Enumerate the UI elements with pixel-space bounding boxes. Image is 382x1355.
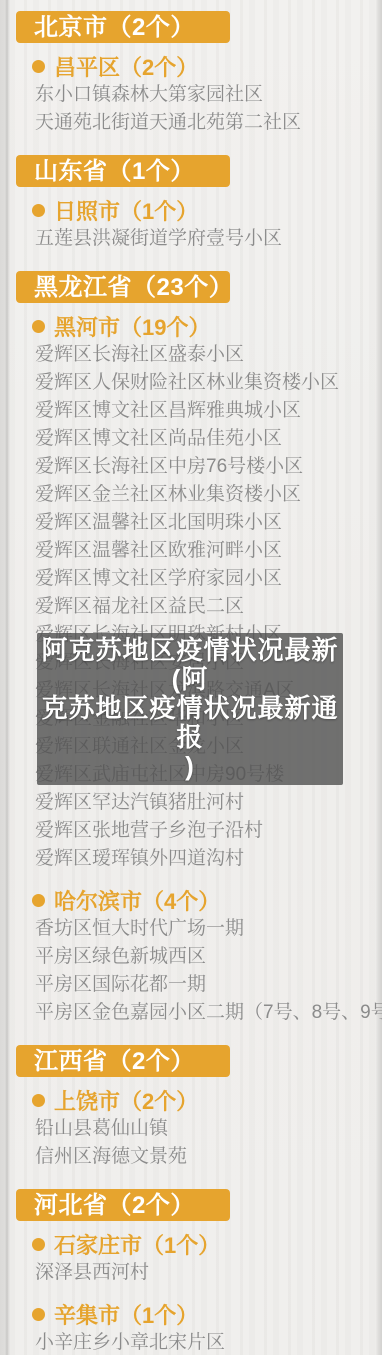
city-subheader-label: 石家庄市（1个）	[54, 1229, 220, 1260]
bullet-icon	[32, 894, 45, 907]
province-header: 山东省（1个）	[16, 155, 230, 187]
risk-area-item: 信州区海德文景苑	[35, 1143, 382, 1171]
risk-area-item: 小辛庄乡小章北宋片区	[35, 1329, 382, 1355]
risk-area-item: 东小口镇森林大第家园社区	[35, 81, 382, 109]
city-subheader: 黑河市（19个）	[32, 311, 382, 341]
title-overlay-line: )	[37, 752, 343, 781]
city-subheader: 上饶市（2个）	[32, 1085, 382, 1115]
risk-area-item: 五莲县洪凝街道学府壹号小区	[35, 225, 382, 253]
city-subheader-label: 辛集市（1个）	[54, 1299, 198, 1330]
province-header: 北京市（2个）	[16, 11, 230, 43]
risk-area-item: 爱辉区金兰社区林业集资楼小区	[35, 481, 382, 509]
bullet-icon	[32, 60, 45, 73]
city-subheader-label: 上饶市（2个）	[54, 1085, 198, 1116]
risk-area-item: 爱辉区温馨社区北国明珠小区	[35, 509, 382, 537]
risk-area-item: 平房区国际花都一期	[35, 971, 382, 999]
bullet-icon	[32, 204, 45, 217]
risk-area-item: 铅山县葛仙山镇	[35, 1115, 382, 1143]
risk-area-item: 爱辉区人保财险社区林业集资楼小区	[35, 369, 382, 397]
city-subheader-label: 昌平区（2个）	[54, 51, 198, 82]
risk-area-item: 爱辉区博文社区学府家园小区	[35, 565, 382, 593]
risk-area-page: 北京市（2个）昌平区（2个）东小口镇森林大第家园社区天通苑北街道天通北苑第二社区…	[0, 0, 382, 1355]
province-header: 黑龙江省（23个）	[16, 271, 230, 303]
title-overlay-line: 克苏地区疫情状况最新通报	[37, 694, 343, 752]
risk-area-item: 爱辉区长海社区中房76号楼小区	[35, 453, 382, 481]
city-subheader-label: 哈尔滨市（4个）	[54, 885, 220, 916]
city-subheader-label: 日照市（1个）	[54, 195, 198, 226]
title-overlay-line: 阿克苏地区疫情状况最新(阿	[37, 636, 343, 694]
risk-area-item: 爱辉区长海社区盛泰小区	[35, 341, 382, 369]
risk-area-item: 平房区金色嘉园小区二期（7号、8号、9号楼）	[35, 999, 382, 1027]
bullet-icon	[32, 1308, 45, 1321]
province-header: 河北省（2个）	[16, 1189, 230, 1221]
risk-area-item: 深泽县西河村	[35, 1259, 382, 1287]
risk-area-item: 爱辉区博文社区尚品佳苑小区	[35, 425, 382, 453]
city-subheader: 石家庄市（1个）	[32, 1229, 382, 1259]
risk-area-item: 香坊区恒大时代广场一期	[35, 915, 382, 943]
risk-area-item: 爱辉区福龙社区益民二区	[35, 593, 382, 621]
risk-area-item: 爱辉区温馨社区欧雅河畔小区	[35, 537, 382, 565]
bullet-icon	[32, 1094, 45, 1107]
risk-area-item: 爱辉区瑷珲镇外四道沟村	[35, 845, 382, 873]
risk-area-item: 平房区绿色新城西区	[35, 943, 382, 971]
province-header: 江西省（2个）	[16, 1045, 230, 1077]
city-subheader: 哈尔滨市（4个）	[32, 885, 382, 915]
risk-area-item: 天通苑北街道天通北苑第二社区	[35, 109, 382, 137]
bullet-icon	[32, 1238, 45, 1251]
city-subheader: 日照市（1个）	[32, 195, 382, 225]
city-subheader: 昌平区（2个）	[32, 51, 382, 81]
bullet-icon	[32, 320, 45, 333]
risk-area-item: 爱辉区张地营子乡泡子沿村	[35, 817, 382, 845]
risk-area-item: 爱辉区罕达汽镇猪肚河村	[35, 789, 382, 817]
title-overlay: 阿克苏地区疫情状况最新(阿 克苏地区疫情状况最新通报 )	[37, 633, 343, 785]
city-subheader: 辛集市（1个）	[32, 1299, 382, 1329]
risk-area-item: 爱辉区博文社区昌辉雅典城小区	[35, 397, 382, 425]
city-subheader-label: 黑河市（19个）	[54, 311, 210, 342]
